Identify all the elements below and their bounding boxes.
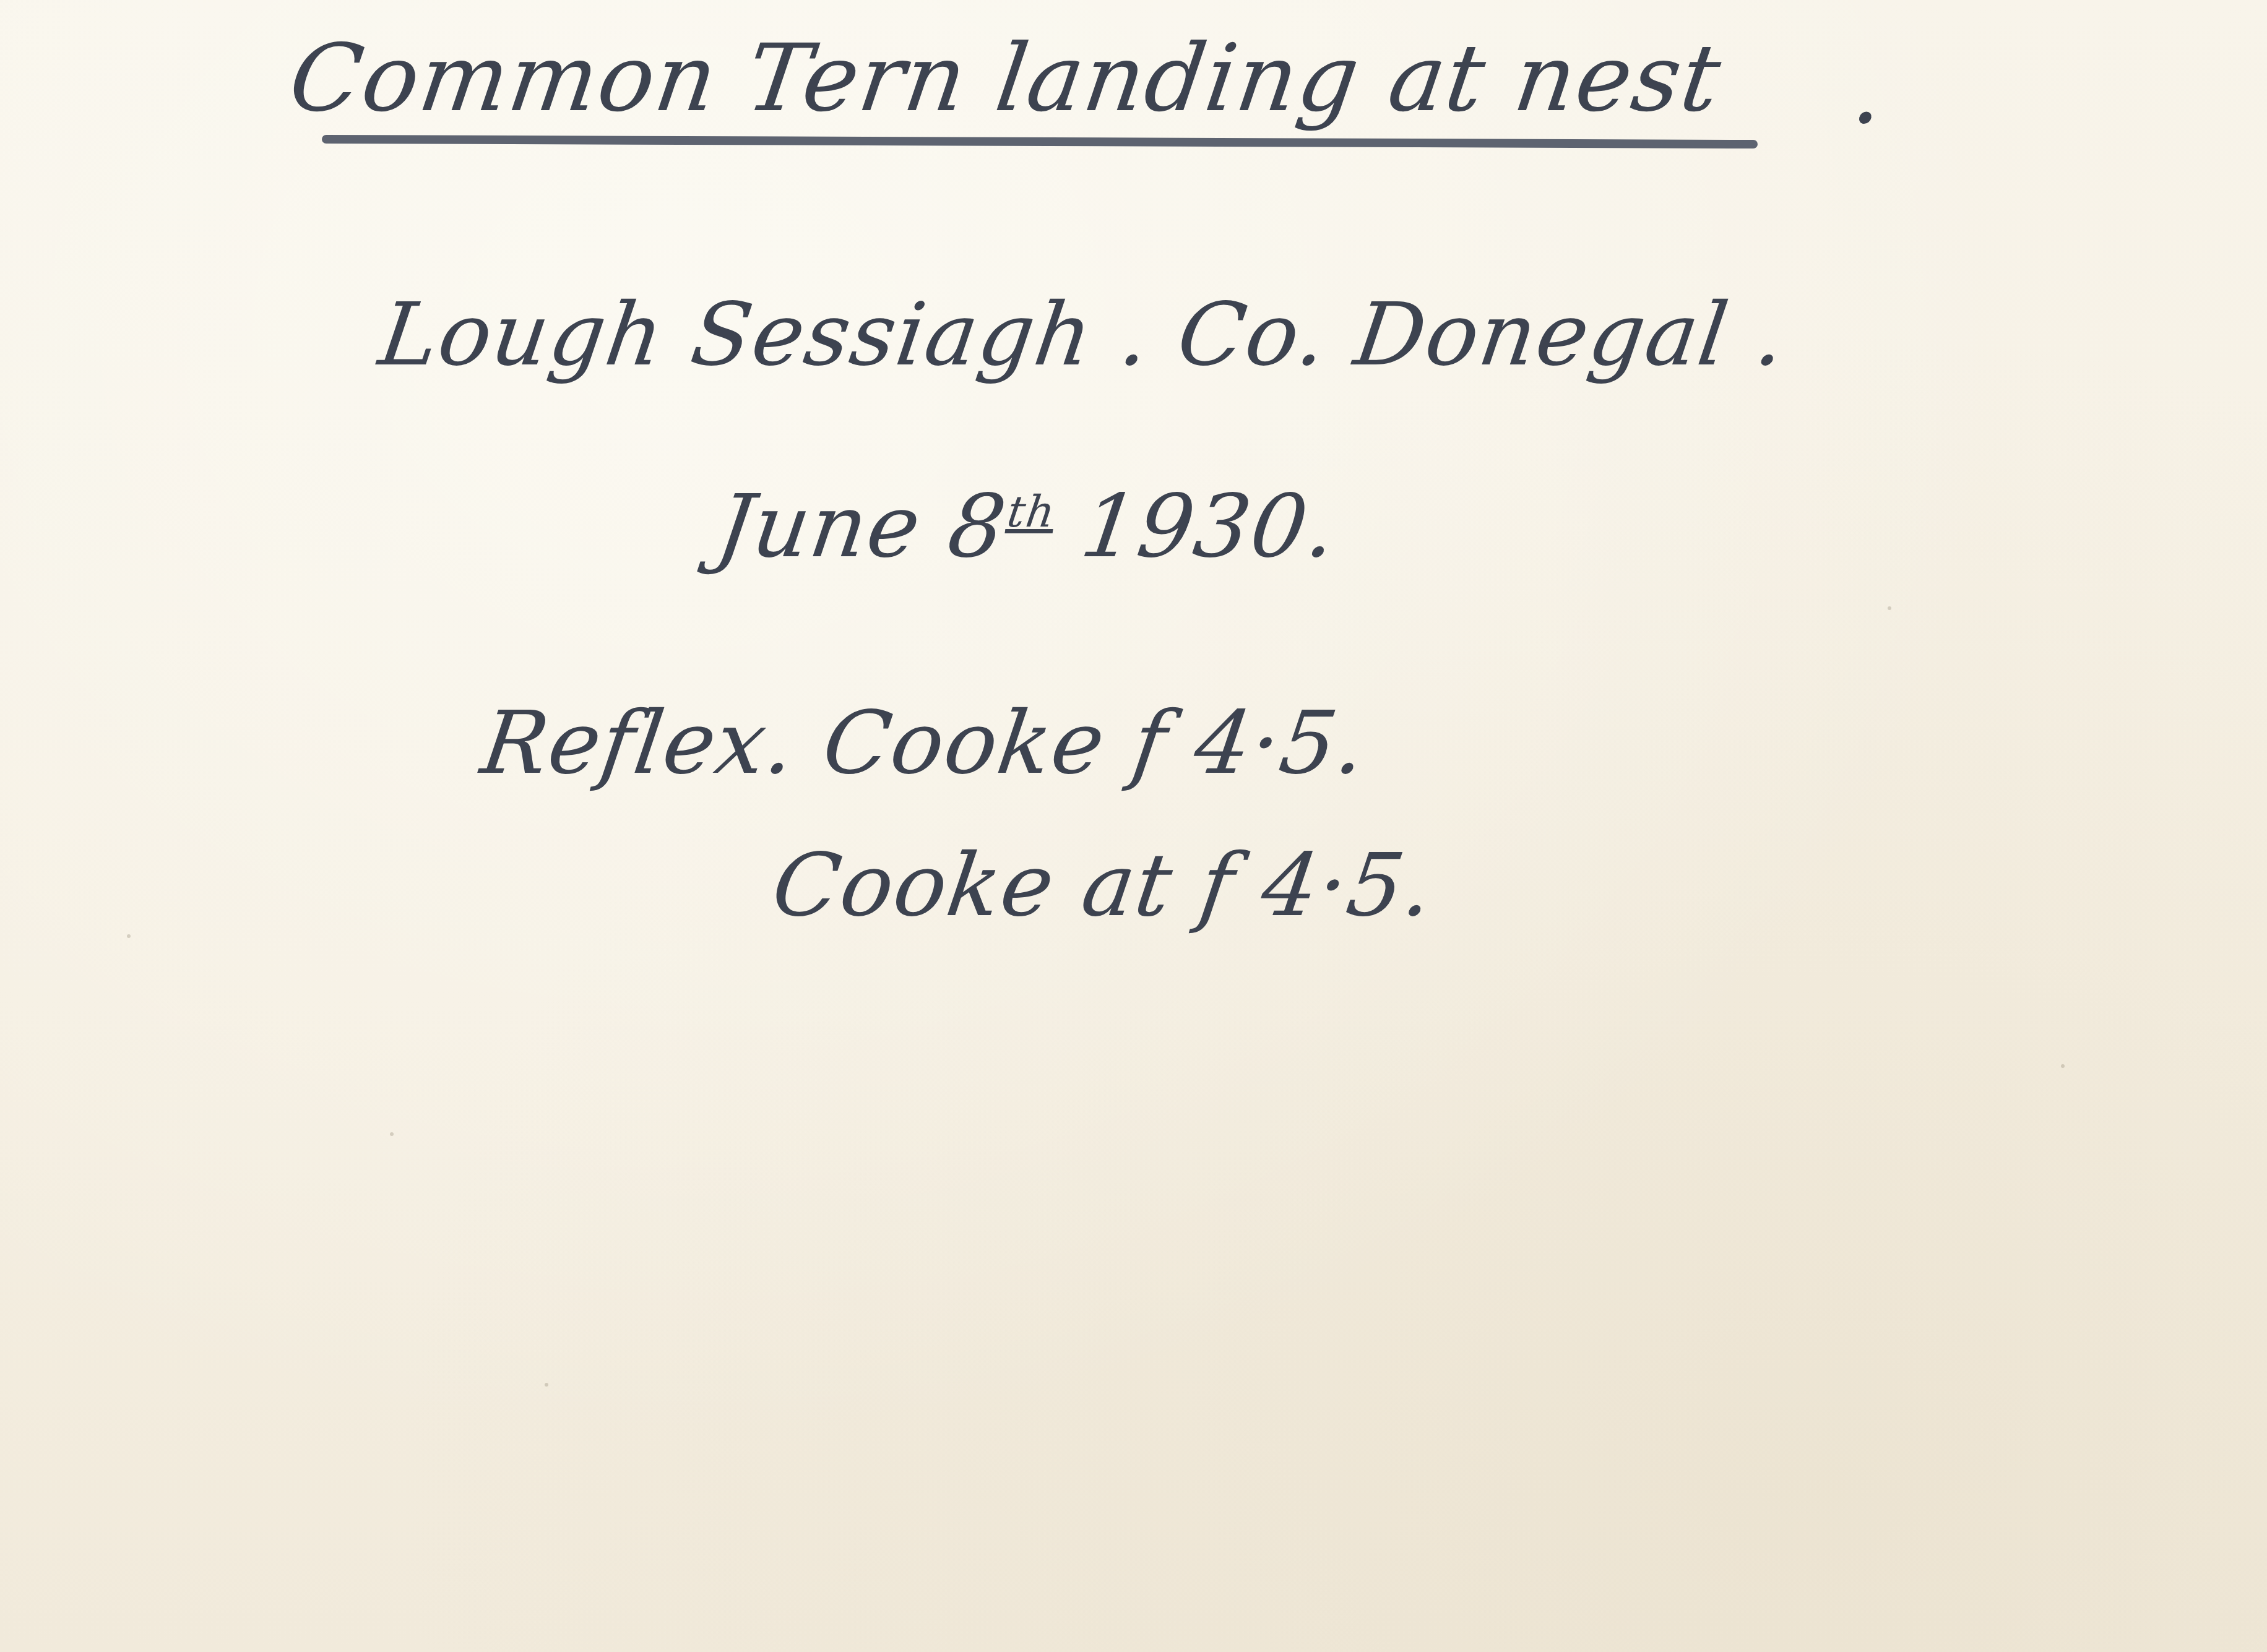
date-month: June: [711, 476, 928, 577]
date-suffix: th: [1004, 486, 1060, 537]
paper-speck: [390, 1132, 394, 1136]
title-period: .: [1850, 37, 1881, 145]
date-day: 8: [942, 476, 1013, 577]
date-line: June 8th 1930.: [711, 476, 1344, 577]
paper-speck: [127, 934, 131, 938]
document-title: Common Tern landing at nest: [283, 25, 1728, 132]
location-line: Lough Sessiagh . Co. Donegal .: [374, 285, 1793, 385]
paper-speck: [545, 1383, 548, 1387]
lens-line: Cooke at f 4·5.: [767, 835, 1440, 936]
camera-line: Reflex. Cooke f 4·5.: [476, 693, 1373, 794]
paper-speck: [2061, 1064, 2065, 1068]
paper-background: [0, 0, 2267, 1652]
date-year: 1930.: [1075, 476, 1344, 577]
paper-speck: [1888, 606, 1891, 610]
